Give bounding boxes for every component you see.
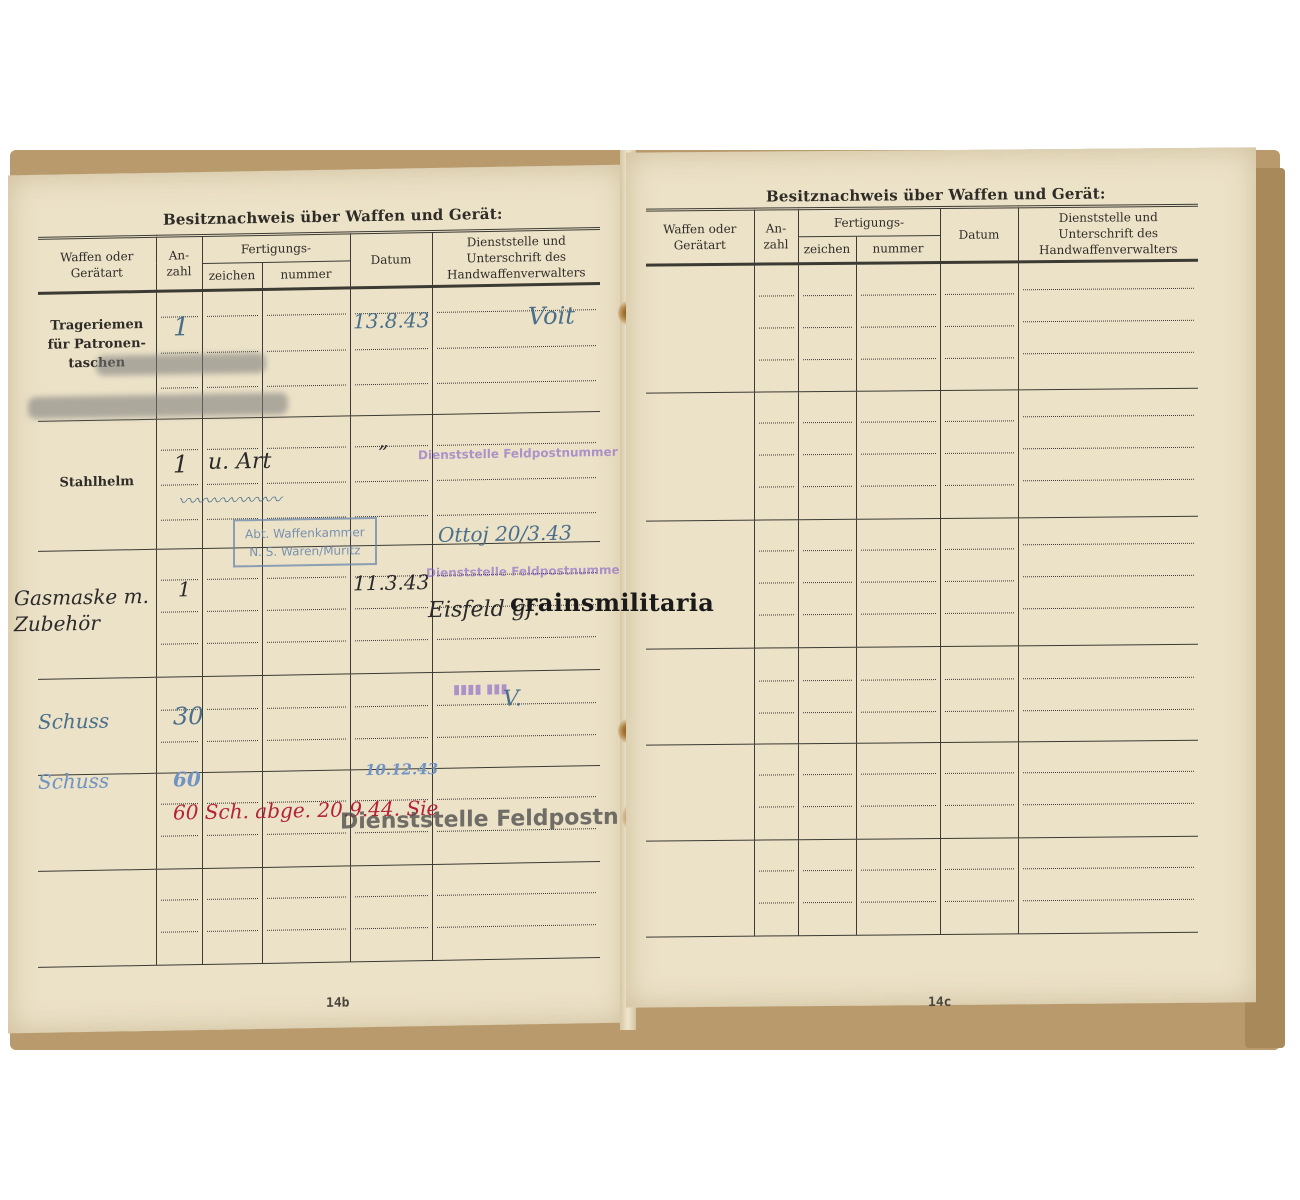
handwritten-count: 1 <box>178 577 191 601</box>
handwritten-count: 1 <box>173 312 190 342</box>
handwritten-note: 〰〰〰〰〰〰 <box>178 486 280 514</box>
col-mark-header: zeichen <box>202 262 262 291</box>
handwritten-item: Gasmaske m. Zubehör <box>14 583 154 637</box>
col-date-header: Datum <box>940 207 1018 263</box>
redacted-area <box>28 393 288 420</box>
table-row <box>646 644 1198 745</box>
col-date-header: Datum <box>350 231 432 287</box>
armory-stamp: Abt. Waffenkammer N. S. Waren/Müritz <box>233 517 377 568</box>
handwritten-mark: u. Art <box>208 449 271 475</box>
office-stamp-faded: ▮▮▮▮ ▮▮▮ <box>453 682 508 698</box>
item-label: Stahlhelm <box>38 420 156 493</box>
handwritten-signature: Voit <box>528 301 575 330</box>
col-count-header: An-zahl <box>156 236 202 292</box>
handwritten-date: 13.8.43 <box>353 308 429 333</box>
col-mark-header: zeichen <box>798 236 856 264</box>
table-row <box>646 260 1198 393</box>
handwritten-count: 1 <box>173 450 188 478</box>
handwritten-signature: Ottoj 20/3.43 <box>438 521 572 547</box>
col-number-header: nummer <box>262 260 350 289</box>
col-number-header: nummer <box>856 235 940 263</box>
table-row <box>646 516 1198 649</box>
handwritten-date: 10.12.43 <box>365 760 438 779</box>
page-number: 14c <box>928 995 951 1010</box>
handwritten-item: Schuss <box>38 709 109 734</box>
table-row <box>646 740 1198 841</box>
col-item-header: Waffen oder Gerätart <box>38 236 156 293</box>
table-row <box>646 388 1198 521</box>
table-row <box>38 862 600 968</box>
handwritten-date: 11.3.43 <box>353 570 429 595</box>
table-row <box>38 670 600 776</box>
handwritten-count: 60 <box>173 767 201 791</box>
redacted-area <box>96 353 266 376</box>
page-number: 14b <box>326 995 349 1010</box>
right-page: Besitznachweis über Waffen und Gerät: Wa… <box>626 147 1256 1007</box>
col-manufacturing-header: Fertigungs- <box>202 233 350 263</box>
handwritten-date: ” <box>378 441 388 465</box>
right-equipment-table: Waffen oder Gerätart An-zahl Fertigungs-… <box>646 204 1198 938</box>
col-office-header: Dienststelle und Unterschrift des Handwa… <box>1018 205 1198 262</box>
armory-stamp-line1: Abt. Waffenkammer <box>245 523 365 543</box>
table-row <box>646 836 1198 937</box>
armory-stamp-line2: N. S. Waren/Müritz <box>245 541 365 561</box>
col-item-header: Waffen oder Gerätart <box>646 209 754 265</box>
col-manufacturing-header: Fertigungs- <box>798 208 940 237</box>
col-count-header: An-zahl <box>754 209 798 264</box>
handwritten-item: Schuss <box>38 769 109 794</box>
watermark: crainsmilitaria <box>510 588 714 617</box>
handwritten-signature: V. <box>503 686 522 711</box>
handwritten-count: 30 <box>173 702 204 731</box>
right-page-title: Besitznachweis über Waffen und Gerät: <box>766 185 1106 206</box>
col-office-header: Dienststelle und Unterschrift des Handwa… <box>432 229 600 287</box>
left-page-title: Besitznachweis über Waffen und Gerät: <box>163 205 503 229</box>
